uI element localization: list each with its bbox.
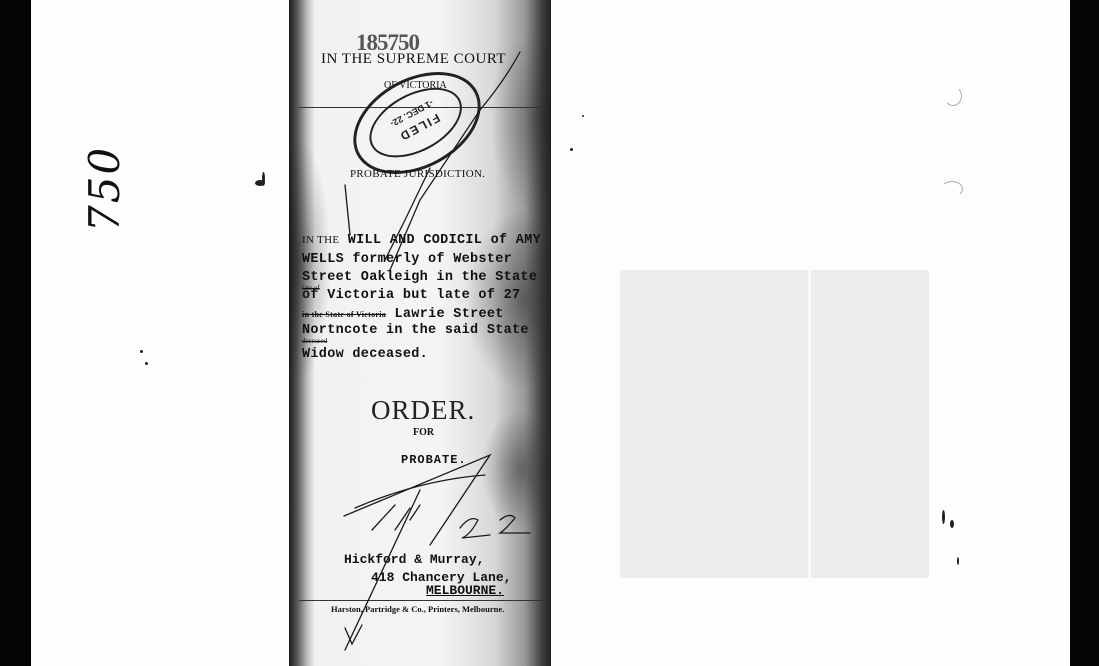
check-mark — [345, 625, 362, 644]
date-strokes — [372, 505, 420, 530]
handwritten-strokes — [0, 0, 1099, 666]
signature-stroke — [390, 52, 520, 270]
initials-stroke — [344, 455, 490, 545]
